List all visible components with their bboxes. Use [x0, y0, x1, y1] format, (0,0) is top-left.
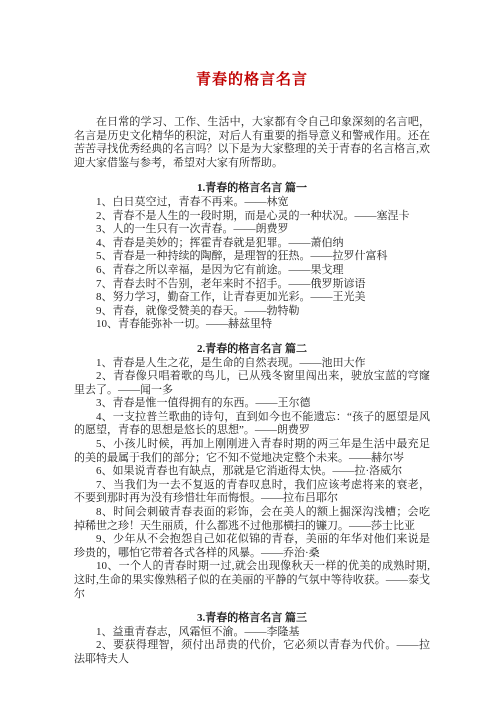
section-3: 3.青春的格言名言 篇三 1、益重青春志，风霜恒不渝。——李隆基2、要获得理智，… [74, 612, 430, 666]
quote-item: 4、一支拉普兰歌曲的诗句，直到如今也不能遗忘：“孩子的愿望是风的愿望，青春的思想… [74, 411, 430, 438]
quote-item: 3、青春是惟一值得拥有的东西。——王尔德 [74, 397, 430, 411]
intro-paragraph: 在日常的学习、工作、生活中，大家都有令自己印象深刻的名言吧，名言是历史文化精华的… [74, 116, 430, 170]
quote-item: 7、青春去时不告别，老年来时不招手。——俄罗斯谚语 [74, 278, 430, 292]
section-2: 2.青春的格言名言 篇二 1、青春是人生之花，是生命的自然表现。——池田大作2、… [74, 343, 430, 601]
section-2-heading: 2.青春的格言名言 篇二 [74, 343, 430, 357]
quote-item: 8、努力学习，勤奋工作，让青春更加光彩。——王光美 [74, 291, 430, 305]
quote-item: 1、益重青春志，风霜恒不渝。——李隆基 [74, 626, 430, 640]
quote-item: 9、青春，就像受赞美的春天。——勃特勒 [74, 305, 430, 319]
quote-item: 4、青春是美妙的；挥霍青春就是犯罪。——萧伯纳 [74, 237, 430, 251]
quote-item: 9、少年从不会抱怨自己如花似锦的青春，美丽的年华对他们来说是珍贵的，哪怕它带着各… [74, 533, 430, 560]
page-title: 青春的格言名言 [74, 68, 430, 89]
quote-item: 1、白日莫空过，青春不再来。——林宽 [74, 196, 430, 210]
section-2-items: 1、青春是人生之花，是生命的自然表现。——池田大作2、青春像只唱着歌的鸟儿，已从… [74, 357, 430, 602]
document-page: 青春的格言名言 在日常的学习、工作、生活中，大家都有令自己印象深刻的名言吧，名言… [0, 0, 500, 708]
quote-item: 6、如果说青春也有缺点，那就是它消逝得太快。——拉·洛威尔 [74, 465, 430, 479]
quote-item: 2、要获得理智，须付出昂贵的代价，它必须以青春为代价。——拉法耶特夫人 [74, 639, 430, 666]
section-1: 1.青春的格言名言 篇一 1、白日莫空过，青春不再来。——林宽2、青春不是人生的… [74, 182, 430, 332]
quote-item: 5、小孩儿时候，再加上刚刚进入青春时期的两三年是生活中最充足的美的最属于我们的部… [74, 438, 430, 465]
section-1-heading: 1.青春的格言名言 篇一 [74, 182, 430, 196]
section-3-heading: 3.青春的格言名言 篇三 [74, 612, 430, 626]
quote-item: 7、当我们为一去不复返的青春叹息时，我们应该考虑将来的衰老，不要到那时再为没有珍… [74, 479, 430, 506]
quote-item: 1、青春是人生之花，是生命的自然表现。——池田大作 [74, 357, 430, 371]
quote-item: 5、青春是一种持续的陶醉，是理智的狂热。——拉罗什富科 [74, 250, 430, 264]
quote-item: 2、青春不是人生的一段时期，而是心灵的一种状况。——塞涅卡 [74, 210, 430, 224]
section-3-items: 1、益重青春志，风霜恒不渝。——李隆基2、要获得理智，须付出昂贵的代价，它必须以… [74, 626, 430, 667]
quote-item: 10、青春能弥补一切。——赫兹里特 [74, 318, 430, 332]
section-1-items: 1、白日莫空过，青春不再来。——林宽2、青春不是人生的一段时期，而是心灵的一种状… [74, 196, 430, 332]
quote-item: 8、时间会刺破青春表面的彩饰，会在美人的额上掘深沟浅槽；会吃掉稀世之珍！天生丽质… [74, 506, 430, 533]
quote-item: 10、一个人的青春时期一过,就会出现像秋天一样的优美的成熟时期,这时,生命的果实… [74, 560, 430, 601]
quote-item: 6、青春之所以幸福，是因为它有前途。——果戈理 [74, 264, 430, 278]
quote-item: 3、人的一生只有一次青春。——朗费罗 [74, 223, 430, 237]
quote-item: 2、青春像只唱着歌的鸟儿，已从残冬窗里闯出来，驶放宝蓝的穹窿里去了。——闻一多 [74, 370, 430, 397]
